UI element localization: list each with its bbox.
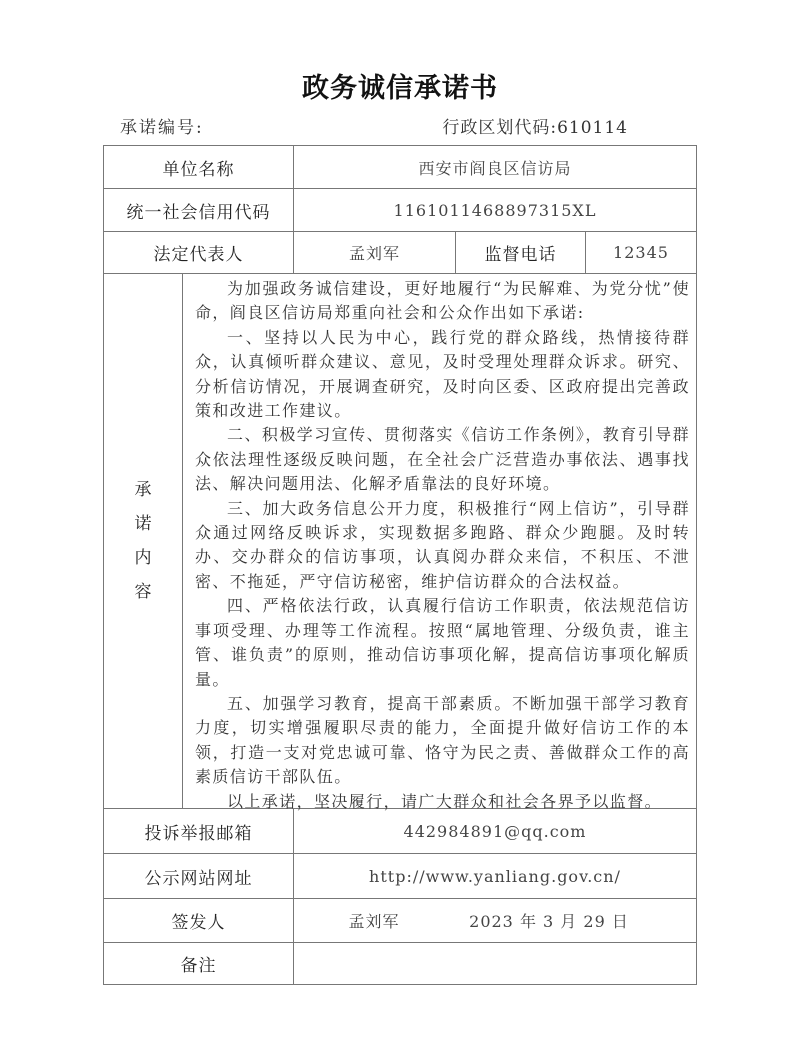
row-commitment-content: 承 诺 内 容 为加强政务诚信建设，更好地履行“为民解难、为党分忧”使命，阎良区… bbox=[104, 274, 696, 809]
legal-rep-label: 法定代表人 bbox=[104, 232, 294, 273]
commitment-intro: 为加强政务诚信建设，更好地履行“为民解难、为党分忧”使命，阎良区信访局郑重向社会… bbox=[195, 277, 690, 326]
remarks-value bbox=[294, 943, 696, 984]
commitment-number-label: 承诺编号: bbox=[120, 113, 204, 138]
region-code: 行政区划代码:610114 bbox=[442, 113, 628, 138]
unit-name-value: 西安市阎良区信访局 bbox=[294, 146, 696, 188]
supervision-phone-value: 12345 bbox=[586, 232, 696, 273]
signer-name: 孟刘军 bbox=[294, 899, 454, 942]
commitment-item-2: 二、积极学习宣传、贯彻落实《信访工作条例》，教育引导群众依法理性逐级反映问题，在… bbox=[195, 423, 690, 496]
commitment-content-label: 承 诺 内 容 bbox=[104, 274, 183, 808]
commitment-item-3: 三、加大政务信息公开力度，积极推行“网上信访”，引导群众通过网络反映诉求，实现数… bbox=[195, 497, 690, 595]
label-char: 承 bbox=[135, 473, 152, 507]
supervision-phone-label: 监督电话 bbox=[456, 232, 586, 273]
row-signer: 签发人 孟刘军 2023 年 3 月 29 日 bbox=[104, 899, 696, 943]
row-legal-rep: 法定代表人 孟刘军 监督电话 12345 bbox=[104, 232, 696, 274]
remarks-label: 备注 bbox=[104, 943, 294, 984]
document-title: 政务诚信承诺书 bbox=[0, 66, 800, 105]
label-char: 诺 bbox=[135, 507, 152, 541]
label-char: 容 bbox=[135, 575, 152, 609]
complaint-email-value[interactable]: 442984891@qq.com bbox=[294, 809, 696, 853]
website-label: 公示网站网址 bbox=[104, 854, 294, 898]
website-link[interactable]: http://www.yanliang.gov.cn/ bbox=[294, 854, 696, 898]
commitment-item-1: 一、坚持以人民为中心，践行党的群众路线，热情接待群众，认真倾听群众建议、意见，及… bbox=[195, 326, 690, 424]
commitment-item-4: 四、严格依法行政，认真履行信访工作职责，依法规范信访事项受理、办理等工作流程。按… bbox=[195, 594, 690, 692]
unit-name-label: 单位名称 bbox=[104, 146, 294, 188]
commitment-item-5: 五、加强学习教育，提高干部素质。不断加强干部学习教育力度，切实增强履职尽责的能力… bbox=[195, 692, 690, 790]
row-unit-name: 单位名称 西安市阎良区信访局 bbox=[104, 146, 696, 189]
commitment-content-body: 为加强政务诚信建设，更好地履行“为民解难、为党分忧”使命，阎良区信访局郑重向社会… bbox=[183, 274, 696, 808]
signing-date: 2023 年 3 月 29 日 bbox=[454, 899, 644, 942]
complaint-email-label: 投诉举报邮箱 bbox=[104, 809, 294, 853]
row-website: 公示网站网址 http://www.yanliang.gov.cn/ bbox=[104, 854, 696, 899]
signer-label: 签发人 bbox=[104, 899, 294, 942]
credit-code-label: 统一社会信用代码 bbox=[104, 189, 294, 231]
credit-code-value: 1161011468897315XL bbox=[294, 189, 696, 231]
row-credit-code: 统一社会信用代码 1161011468897315XL bbox=[104, 189, 696, 232]
commitment-table: 单位名称 西安市阎良区信访局 统一社会信用代码 1161011468897315… bbox=[103, 145, 697, 985]
row-complaint-email: 投诉举报邮箱 442984891@qq.com bbox=[104, 809, 696, 854]
label-char: 内 bbox=[135, 541, 152, 575]
row-remarks: 备注 bbox=[104, 943, 696, 984]
legal-rep-value: 孟刘军 bbox=[294, 232, 456, 273]
